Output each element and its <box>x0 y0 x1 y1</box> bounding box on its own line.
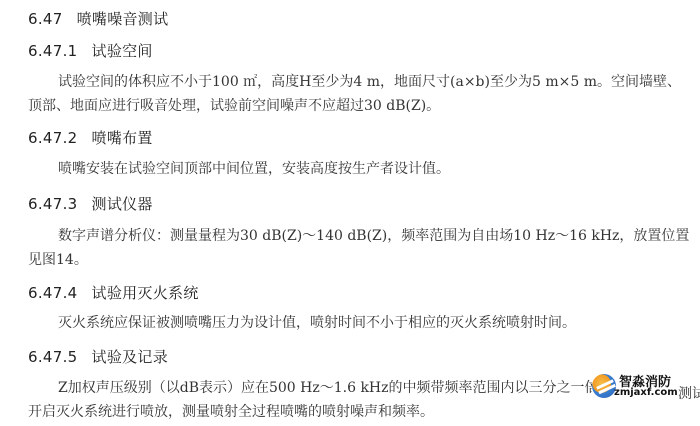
document-page: 6.47喷嘴噪音测试 6.47.1试验空间 试验空间的体积应不小于100 ㎡，高… <box>0 0 700 426</box>
paragraph-test-space: 试验空间的体积应不小于100 ㎡，高度H至少为4 m，地面尺寸(a×b)至少为5… <box>28 70 688 118</box>
subsection-title: 测试仪器 <box>92 195 153 213</box>
paragraph-line: 见图14。 <box>28 248 688 272</box>
subsection-number: 6.47.5 <box>28 348 78 366</box>
subsection-title: 试验空间 <box>92 42 153 60</box>
watermark-covered-text: 测试。 <box>678 383 700 403</box>
subsection-heading-6-47-5: 6.47.5试验及记录 <box>28 346 168 367</box>
subsection-heading-6-47-3: 6.47.3测试仪器 <box>28 193 153 214</box>
watermark-url: zmjaxf.com <box>614 387 678 398</box>
section-number: 6.47 <box>28 10 63 28</box>
paragraph-line: 试验空间的体积应不小于100 ㎡，高度H至少为4 m，地面尺寸(a×b)至少为5… <box>28 70 688 94</box>
subsection-heading-6-47-1: 6.47.1试验空间 <box>28 40 153 61</box>
watermark: 智淼消防 zmjaxf.com 测试。 <box>592 372 700 402</box>
paragraph-extinguishing-system: 灭火系统应保证被测喷嘴压力为设计值，喷射时间不小于相应的灭火系统喷射时间。 <box>28 311 688 335</box>
paragraph-line: 顶部、地面应进行吸音处理，试验前空间噪声不应超过30 dB(Z)。 <box>28 94 688 118</box>
paragraph-test-instrument: 数字声谱分析仪：测量量程为30 dB(Z)～140 dB(Z)，频率范围为自由场… <box>28 224 688 272</box>
paragraph-nozzle-layout: 喷嘴安装在试验空间顶部中间位置，安装高度按生产者设计值。 <box>28 157 688 181</box>
subsection-heading-6-47-2: 6.47.2喷嘴布置 <box>28 127 153 148</box>
subsection-number: 6.47.2 <box>28 129 78 147</box>
section-heading: 6.47喷嘴噪音测试 <box>28 8 168 29</box>
paragraph-test-record: Z加权声压级别（以dB表示）应在500 Hz～1.6 kHz的中频带频率范围内以… <box>28 376 688 424</box>
paragraph-line: Z加权声压级别（以dB表示）应在500 Hz～1.6 kHz的中频带频率范围内以… <box>28 376 688 400</box>
subsection-heading-6-47-4: 6.47.4试验用灭火系统 <box>28 282 199 303</box>
subsection-title: 试验用灭火系统 <box>92 284 199 302</box>
flame-logo-icon <box>592 374 616 398</box>
paragraph-line: 灭火系统应保证被测喷嘴压力为设计值，喷射时间不小于相应的灭火系统喷射时间。 <box>28 311 688 335</box>
paragraph-line: 数字声谱分析仪：测量量程为30 dB(Z)～140 dB(Z)，频率范围为自由场… <box>28 224 688 248</box>
section-title: 喷嘴噪音测试 <box>77 10 169 28</box>
subsection-number: 6.47.3 <box>28 195 78 213</box>
paragraph-line: 开启灭火系统进行喷放，测量喷射全过程喷嘴的喷射噪声和频率。 <box>28 400 688 424</box>
subsection-title: 试验及记录 <box>92 348 169 366</box>
subsection-title: 喷嘴布置 <box>92 129 153 147</box>
subsection-number: 6.47.1 <box>28 42 78 60</box>
subsection-number: 6.47.4 <box>28 284 78 302</box>
paragraph-line: 喷嘴安装在试验空间顶部中间位置，安装高度按生产者设计值。 <box>28 157 688 181</box>
